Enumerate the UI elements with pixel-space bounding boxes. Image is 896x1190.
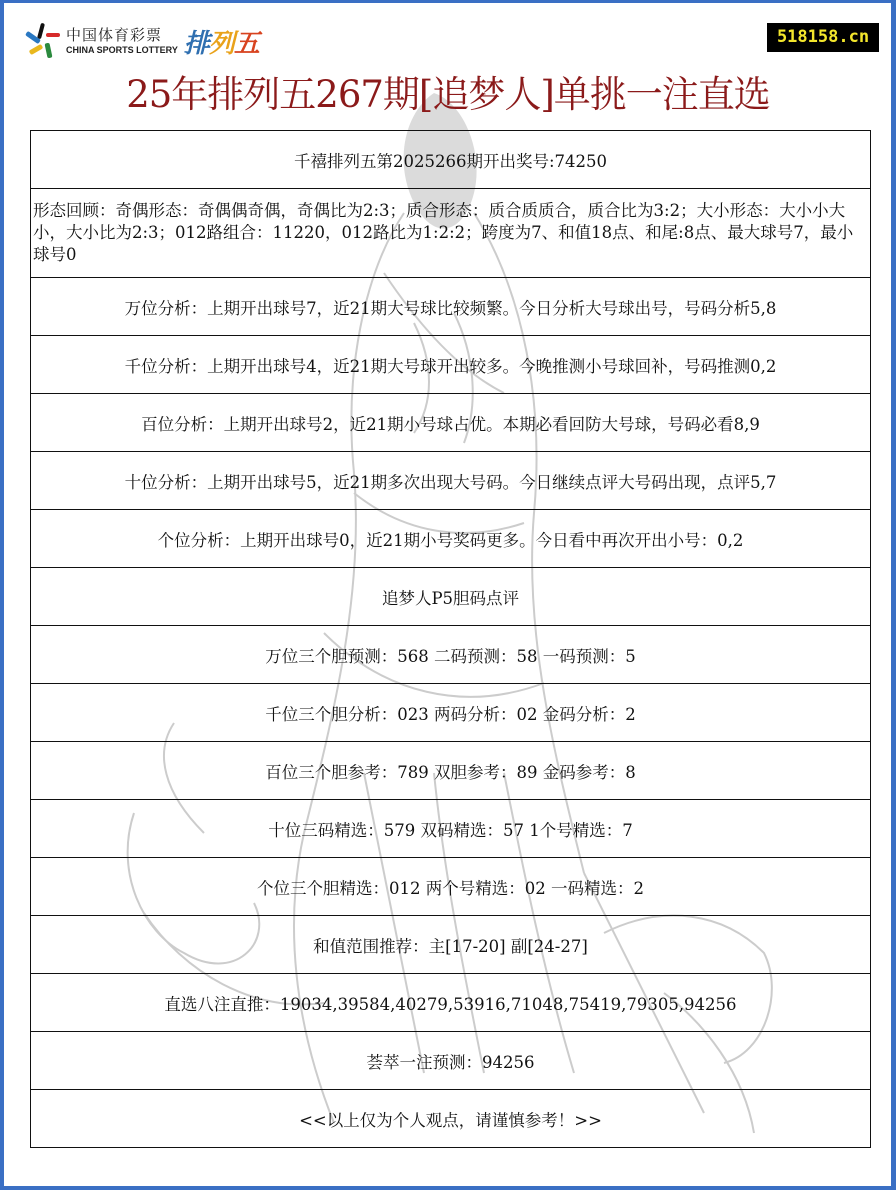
sum-range: 和值范围推荐：主[17-20] 副[24-27] [31,916,871,974]
ten-thousands-pick: 万位三个胆预测：568 二码预测：58 一码预测：5 [31,626,871,684]
table-row: 千位分析：上期开出球号4，近21期大号球开出较多。今晚推测小号球回补，号码推测0… [31,336,871,394]
table-row: 个位分析：上期开出球号0，近21期小号奖码更多。今日看中再次开出小号：0,2 [31,510,871,568]
table-row: 万位三个胆预测：568 二码预测：58 一码预测：5 [31,626,871,684]
table-row: 百位三个胆参考：789 双胆参考：89 金码参考：8 [31,742,871,800]
hundreds-pick: 百位三个胆参考：789 双胆参考：89 金码参考：8 [31,742,871,800]
tens-pick: 十位三码精选：579 双码精选：57 1个号精选：7 [31,800,871,858]
table-row: 直选八注直推：19034,39584,40279,53916,71048,754… [31,974,871,1032]
table-row: 万位分析：上期开出球号7，近21期大号球比较频繁。今日分析大号球出号，号码分析5… [31,278,871,336]
thousands-pick: 千位三个胆分析：023 两码分析：02 金码分析：2 [31,684,871,742]
table-row: 十位三码精选：579 双码精选：57 1个号精选：7 [31,800,871,858]
pattern-review: 形态回顾：奇偶形态：奇偶偶奇偶，奇偶比为2:3；质合形态：质合质质合，质合比为3… [31,189,871,278]
table-row: 百位分析：上期开出球号2，近21期小号球占优。本期必看回防大号球，号码必看8,9 [31,394,871,452]
table-row: 十位分析：上期开出球号5，近21期多次出现大号码。今日继续点评大号码出现，点评5… [31,452,871,510]
table-row: 千位三个胆分析：023 两码分析：02 金码分析：2 [31,684,871,742]
prediction-table: 千禧排列五第2025266期开出奖号:74250 形态回顾：奇偶形态：奇偶偶奇偶… [30,130,871,1148]
table-row: 个位三个胆精选：012 两个号精选：02 一码精选：2 [31,858,871,916]
table-row: 荟萃一注预测：94256 [31,1032,871,1090]
units-pick: 个位三个胆精选：012 两个号精选：02 一码精选：2 [31,858,871,916]
disclaimer: <<以上仅为个人观点，请谨慎参考！>> [31,1090,871,1148]
page-frame: 中国体育彩票 CHINA SPORTS LOTTERY 排列五 518158.c… [0,0,896,1190]
page-title: 25年排列五267期[追梦人]单挑一注直选 [4,67,892,123]
logo-chinese-text: 中国体育彩票 [66,28,178,43]
thousands-analysis: 千位分析：上期开出球号4，近21期大号球开出较多。今晚推测小号球回补，号码推测0… [31,336,871,394]
last-draw-result: 千禧排列五第2025266期开出奖号:74250 [31,131,871,189]
table-row: <<以上仅为个人观点，请谨慎参考！>> [31,1090,871,1148]
logo-english-text: CHINA SPORTS LOTTERY [66,46,178,55]
hundreds-analysis: 百位分析：上期开出球号2，近21期小号球占优。本期必看回防大号球，号码必看8,9 [31,394,871,452]
table-row: 追梦人P5胆码点评 [31,568,871,626]
site-badge: 518158.cn [767,23,879,52]
section-heading: 追梦人P5胆码点评 [31,568,871,626]
eight-direct-picks: 直选八注直推：19034,39584,40279,53916,71048,754… [31,974,871,1032]
china-sports-lottery-logo: 中国体育彩票 CHINA SPORTS LOTTERY 排列五 [22,21,259,61]
units-analysis: 个位分析：上期开出球号0，近21期小号奖码更多。今日看中再次开出小号：0,2 [31,510,871,568]
pailie5-logo-text: 排列五 [184,23,259,60]
table-row: 形态回顾：奇偶形态：奇偶偶奇偶，奇偶比为2:3；质合形态：质合质质合，质合比为3… [31,189,871,278]
tens-analysis: 十位分析：上期开出球号5，近21期多次出现大号码。今日继续点评大号码出现，点评5… [31,452,871,510]
lottery-star-icon [22,21,62,61]
table-row: 和值范围推荐：主[17-20] 副[24-27] [31,916,871,974]
single-pick: 荟萃一注预测：94256 [31,1032,871,1090]
table-row: 千禧排列五第2025266期开出奖号:74250 [31,131,871,189]
ten-thousands-analysis: 万位分析：上期开出球号7，近21期大号球比较频繁。今日分析大号球出号，号码分析5… [31,278,871,336]
